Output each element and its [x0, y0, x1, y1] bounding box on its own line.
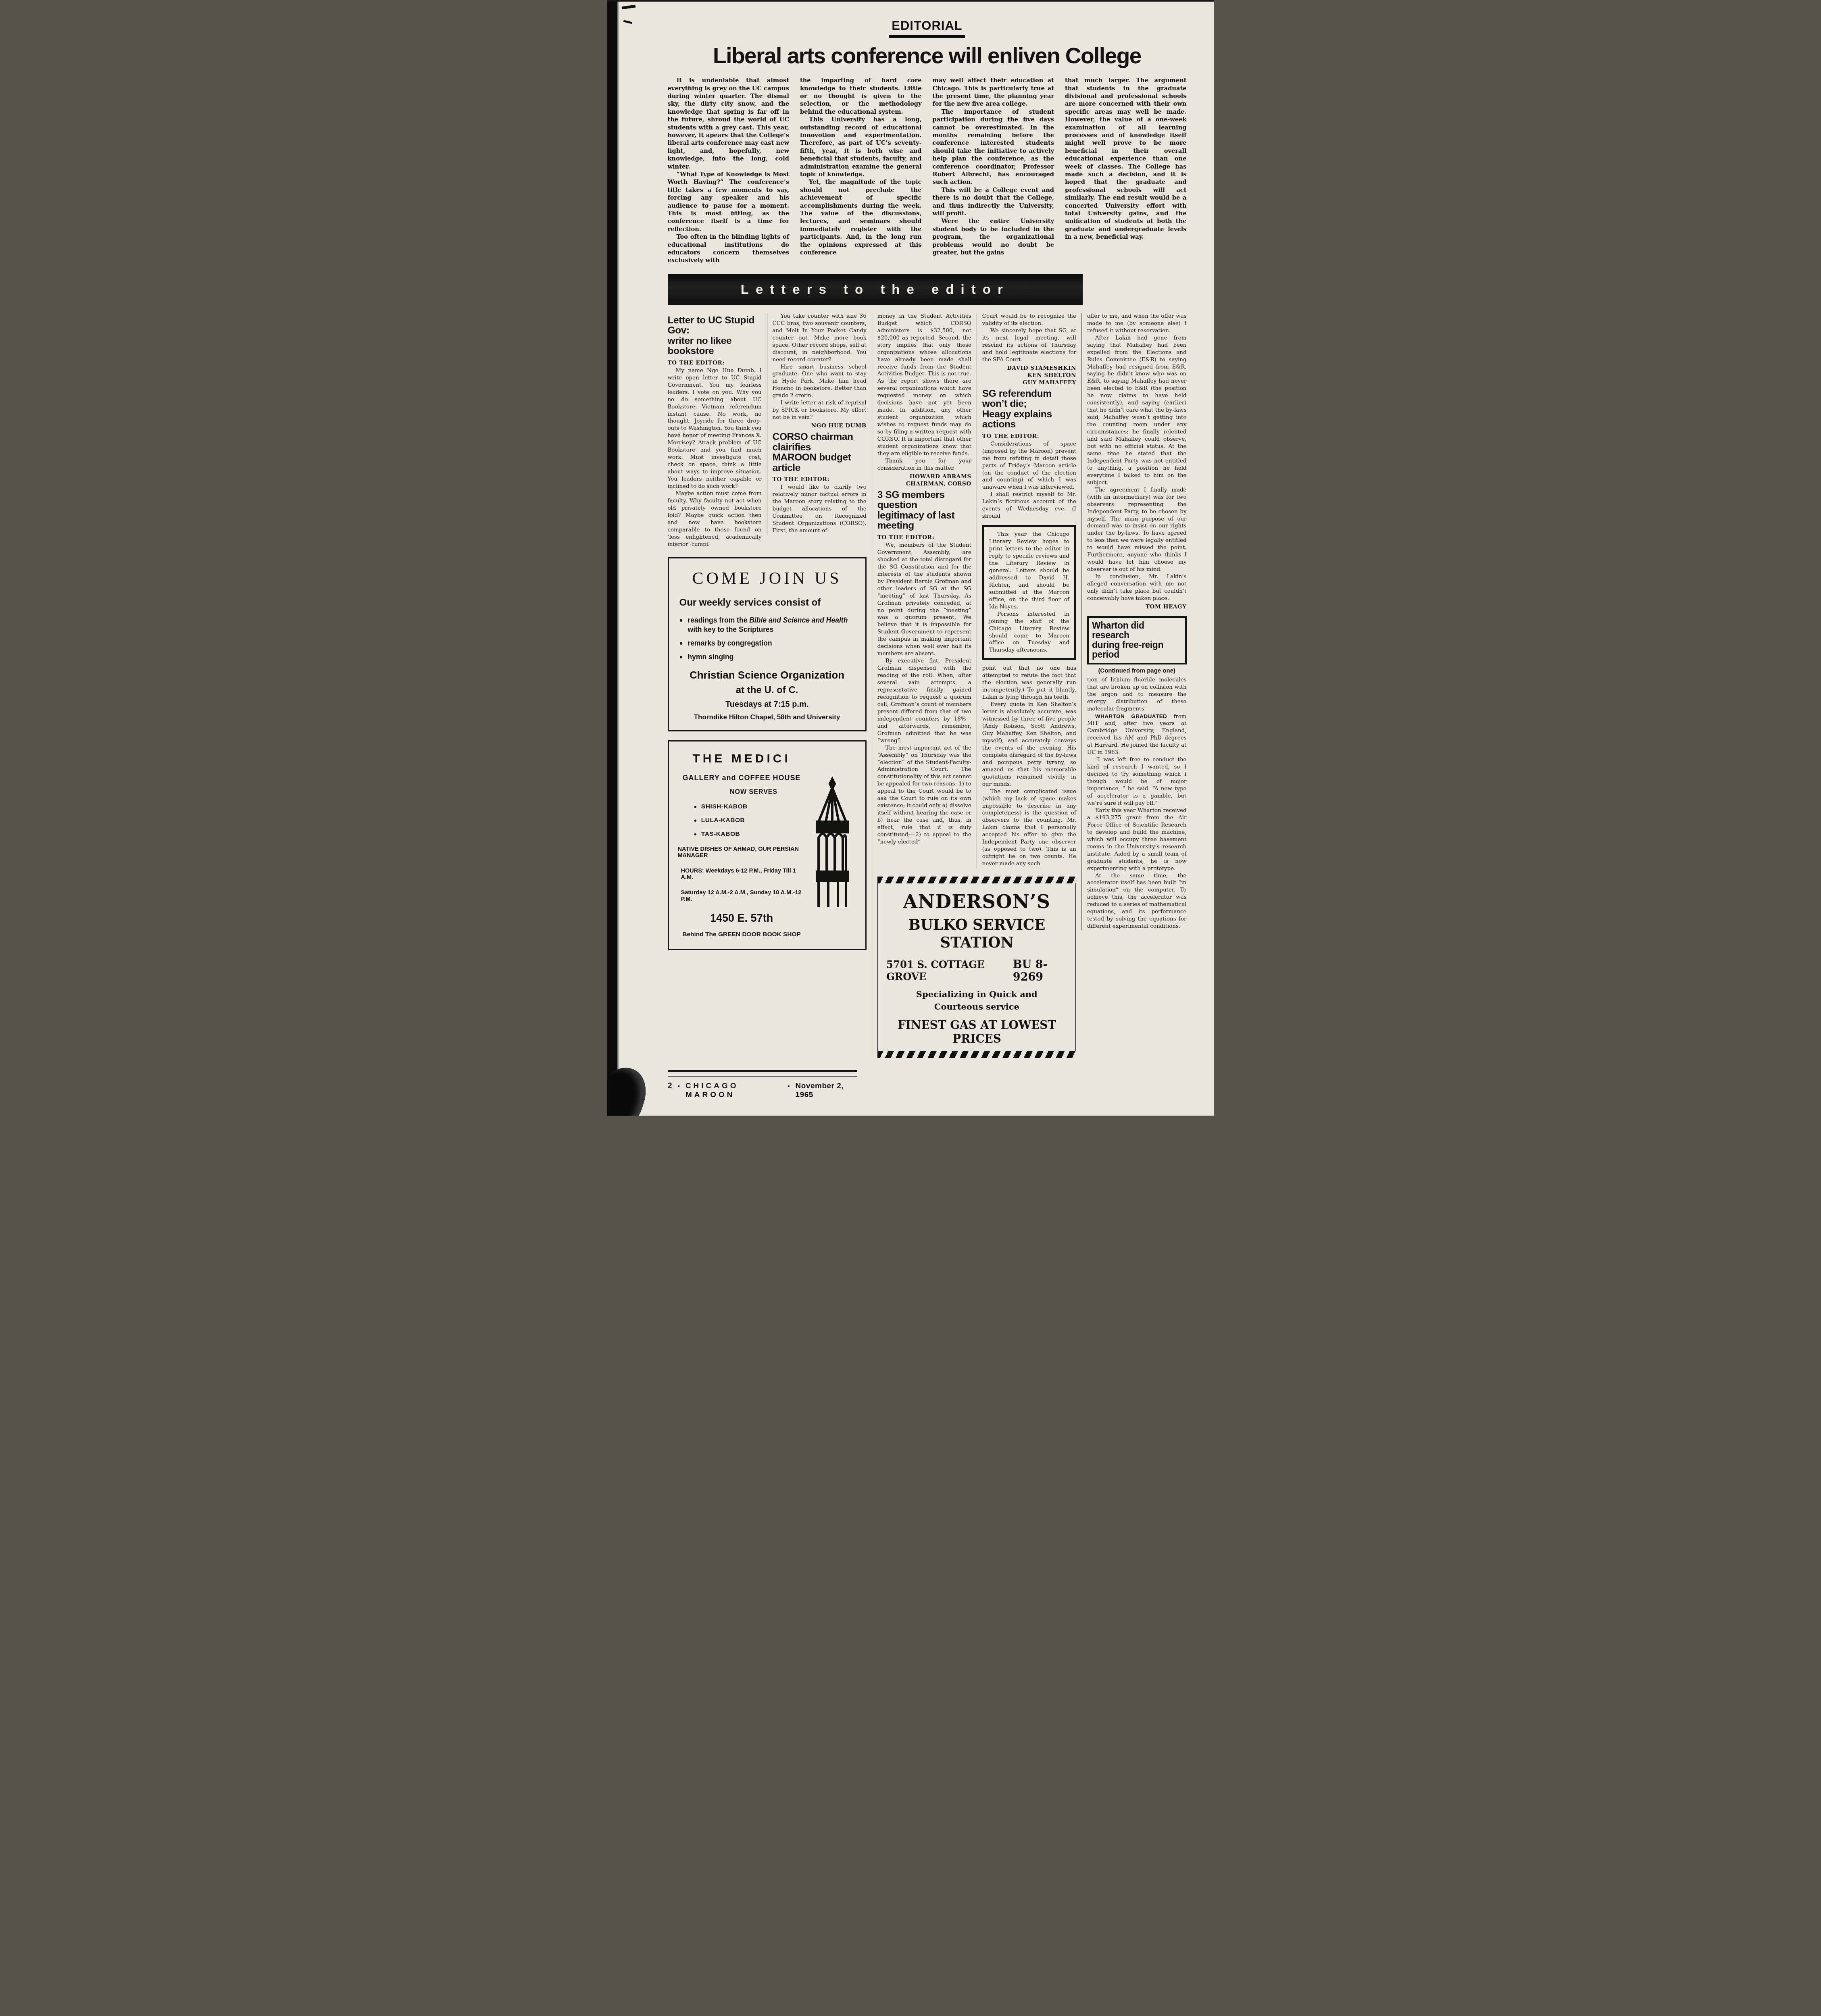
headline-line: writer no likee bookstore: [668, 336, 762, 356]
article-paragraph: Early this year Wharton received a $193,…: [1087, 807, 1187, 873]
ad-phone: BU 8-9269: [1013, 958, 1067, 983]
letter-paragraph: The most complicated issue (which my lac…: [982, 788, 1076, 868]
editorial-paragraph: The importance of student participation …: [933, 108, 1054, 186]
ad-address: 1450 E. 57th: [678, 912, 806, 925]
footer-rules: [668, 1070, 857, 1077]
editorial-column-4: that much larger. The argument that stud…: [1065, 77, 1187, 264]
editorial-paragraph: may well affect their education at Chica…: [933, 77, 1054, 108]
editorial-column-3: may well affect their education at Chica…: [933, 77, 1054, 264]
ad-title: ANDERSON’S: [886, 891, 1067, 912]
letters-columns-1-2: Letter to UC Stupid Gov: writer no likee…: [668, 313, 867, 548]
bullet-text: readings from the Bible and Science and …: [688, 616, 856, 635]
ad-title: THE MEDICI: [678, 752, 806, 766]
letter-headline-heagy: SG referendum won’t die; Heagy explains …: [982, 389, 1076, 430]
letters-columns-3-4: money in the Student Activities Budget w…: [877, 313, 1076, 868]
bullet-text: hymn singing: [688, 652, 734, 662]
letter-paragraph: We, members of the Student Government As…: [877, 542, 971, 658]
ad-stripe-border: [877, 1051, 1076, 1058]
medici-tower-illustration: [808, 752, 856, 938]
editorial-paragraph: This University has a long, outstanding …: [800, 116, 922, 178]
letter-paragraph: Hire smart business school graduate. One…: [773, 364, 867, 400]
letter-paragraph: You take counter with size 36 CCC bras, …: [773, 313, 867, 364]
letter-paragraph: We sincerely hope that SG, at its next l…: [982, 327, 1076, 364]
newspaper-page: EDITORIAL Liberal arts conference will e…: [607, 0, 1214, 1116]
article-paragraph: WHARTON GRADUATED from MIT and, after tw…: [1087, 713, 1187, 757]
andersons-ad: ANDERSON’S BULKO SERVICE STATION 5701 S.…: [877, 877, 1076, 1058]
footer-line: 2 • CHICAGO MAROON • November 2, 1965: [668, 1081, 857, 1100]
editorial-paragraph: the imparting of hard core knowledge to …: [800, 77, 922, 116]
letter-signature: DAVID STAMESHKIN: [982, 364, 1076, 372]
ad-tagline: Specializing in Quick and: [886, 989, 1067, 999]
headline-line: during free-reign period: [1092, 640, 1182, 660]
letter-paragraph: I would like to clarify two relatively m…: [773, 484, 867, 535]
ad-note: Behind The GREEN DOOR BOOK SHOP: [678, 931, 806, 938]
letters-to-the-editor-banner: Letters to the editor: [668, 274, 1083, 305]
bullet-icon: ●: [694, 804, 697, 810]
editorial-column-1: It is undeniable that almost everything …: [668, 77, 790, 264]
article-headline-wharton: Wharton did research during free-reign p…: [1092, 621, 1182, 660]
letters-section: Letter to UC Stupid Gov: writer no likee…: [668, 313, 1187, 1058]
letters-column-2: You take counter with size 36 CCC bras, …: [767, 313, 867, 535]
letter-paragraph: Thank you for your consideration in this…: [877, 458, 971, 472]
letters-column-3: money in the Student Activities Budget w…: [877, 313, 971, 846]
bullet-text-italic: Bible and Science and Health: [749, 616, 848, 624]
letter-paragraph: offer to me, and when the offer was made…: [1087, 313, 1187, 335]
issue-date: November 2, 1965: [796, 1082, 857, 1100]
ad-org-name: Christian Science Organization: [679, 669, 856, 681]
ad-banner-line: FINEST GAS AT LOWEST PRICES: [890, 1018, 1064, 1045]
ad-bullet-item: ● remarks by congregation: [679, 639, 856, 648]
ad-address-phone-row: 5701 S. COTTAGE GROVE BU 8-9269: [886, 958, 1067, 983]
letters-column-5: offer to me, and when the offer was made…: [1081, 313, 1187, 930]
ad-subtitle: GALLERY and COFFEE HOUSE: [678, 774, 806, 782]
christian-science-ad: COME JOIN US Our weekly services consist…: [668, 557, 867, 732]
salutation: TO THE EDITOR:: [773, 476, 867, 483]
ad-native-dishes-line: NATIVE DISHES OF AHMAD, OUR PERSIAN MANA…: [678, 846, 806, 859]
letter-paragraph: Court would be to recognize the validity…: [982, 313, 1076, 327]
footer-bullet: •: [788, 1083, 790, 1090]
andersons-ad-body: ANDERSON’S BULKO SERVICE STATION 5701 S.…: [877, 883, 1076, 1051]
paper-name: CHICAGO MAROON: [685, 1082, 782, 1100]
ad-time: Tuesdays at 7:15 p.m.: [679, 700, 856, 709]
headline-line: Letter to UC Stupid Gov:: [668, 315, 762, 336]
letter-paragraph: money in the Student Activities Budget w…: [877, 313, 971, 458]
ad-menu-item: ●SHISH-KABOB: [694, 803, 806, 810]
letter-headline-sg3: 3 SG members question legitimacy of last…: [877, 490, 971, 531]
letter-signature-block: DAVID STAMESHKIN KEN SHELTON GUY MAHAFFE…: [982, 364, 1076, 386]
scan-edge-strip: [607, 0, 617, 1116]
headline-line: CORSO chairman clairifies: [773, 432, 867, 452]
letters-column-4: Court would be to recognize the validity…: [977, 313, 1076, 868]
medici-ad-text: THE MEDICI GALLERY and COFFEE HOUSE NOW …: [678, 752, 806, 938]
ad-tagline: Courteous service: [886, 1002, 1067, 1012]
ad-title: COME JOIN US: [679, 569, 856, 588]
editorial-paragraph: Were the entire University student body …: [933, 217, 1054, 256]
scan-top-edge: [607, 0, 1214, 2]
salutation: TO THE EDITOR:: [668, 359, 762, 367]
letter-paragraph: The most important act of the “Assembly”…: [877, 745, 971, 846]
continued-from-note: (Continued from page one): [1087, 667, 1187, 675]
editorial-paragraph: It is undeniable that almost everything …: [668, 77, 790, 171]
paragraph-rest: from MIT and, after two years at Cambrid…: [1087, 714, 1187, 756]
bullet-icon: ●: [679, 639, 683, 648]
article-paragraph: tion of lithium fluoride molecules that …: [1087, 677, 1187, 713]
headline-line: SG referendum won’t die;: [982, 389, 1076, 409]
bullet-text: remarks by congregation: [688, 639, 772, 648]
letter-signature: TOM HEAGY: [1087, 603, 1187, 610]
page-number: 2: [668, 1081, 672, 1091]
letter-signature: GUY MAHAFFEY: [982, 379, 1076, 386]
ad-bullet-item: ● readings from the Bible and Science an…: [679, 616, 856, 635]
letter-signature: NGO HUE DUMB: [773, 422, 867, 429]
letter-paragraph: By executive fiat, President Grofman dis…: [877, 658, 971, 744]
editorial-kicker: EDITORIAL: [889, 19, 965, 38]
menu-item-text: TAS-KABOB: [701, 831, 740, 838]
bullet-icon: ●: [694, 831, 697, 838]
scan-mark: [621, 5, 635, 10]
editorial-kicker-row: EDITORIAL: [668, 19, 1187, 38]
letter-signature: KEN SHELTON: [982, 372, 1076, 379]
scan-mark: [623, 20, 632, 24]
bullet-text-part: readings from the: [688, 616, 750, 624]
bullet-icon: ●: [679, 653, 683, 662]
letter-paragraph: The agreement I finally made (with an in…: [1087, 487, 1187, 573]
notice-paragraph: Persons interested in joining the staff …: [989, 611, 1069, 654]
chicago-literary-review-notice-box: This year the Chicago Literary Review ho…: [982, 525, 1076, 660]
ad-address: 5701 S. COTTAGE GROVE: [886, 959, 1005, 983]
letters-column-1: Letter to UC Stupid Gov: writer no likee…: [668, 313, 762, 548]
paragraph-lead-caps: WHARTON GRADUATED: [1095, 713, 1167, 719]
letter-headline-ngo: Letter to UC Stupid Gov: writer no likee…: [668, 315, 762, 356]
bullet-icon: ●: [694, 817, 697, 824]
ad-line2: BULKO SERVICE STATION: [890, 916, 1064, 951]
letter-headline-corso: CORSO chairman clairifies MAROON budget …: [773, 432, 867, 473]
salutation: TO THE EDITOR:: [982, 433, 1076, 440]
headline-line: 3 SG members question: [877, 490, 971, 510]
headline-line: MAROON budget article: [773, 452, 867, 473]
footer-bullet: •: [678, 1083, 680, 1090]
letter-signature-block: HOWARD ABRAMS CHAIRMAN, CORSO: [877, 473, 971, 487]
menu-item-text: LULA-KABOB: [701, 817, 745, 824]
medici-ad: THE MEDICI GALLERY and COFFEE HOUSE NOW …: [668, 740, 867, 950]
ad-hours-line: Saturday 12 A.M.-2 A.M., Sunday 10 A.M.-…: [681, 889, 806, 902]
article-paragraph: “I was left free to conduct the kind of …: [1087, 756, 1187, 807]
letter-paragraph: In conclusion, Mr. Lakin’s alleged conve…: [1087, 573, 1187, 602]
scan-edge-shadow: [617, 0, 619, 1116]
ad-menu-item: ●TAS-KABOB: [694, 831, 806, 838]
editorial-paragraph: Yet, the magnitude of the topic should n…: [800, 178, 922, 256]
editorial-paragraph: Too often in the blinding lights of educ…: [668, 233, 790, 264]
editorial-headline: Liberal arts conference will enliven Col…: [668, 44, 1187, 67]
letter-paragraph: Every quote in Ken Shelton’s letter is a…: [982, 701, 1076, 788]
letter-signature: HOWARD ABRAMS: [877, 473, 971, 480]
ad-serves-label: NOW SERVES: [702, 789, 806, 796]
letter-paragraph: After Lakin had gone from saying that Ma…: [1087, 335, 1187, 487]
letter-paragraph: My name Ngo Hue Dumb. I write open lette…: [668, 367, 762, 490]
wharton-article-headline-box: Wharton did research during free-reign p…: [1087, 616, 1187, 664]
letter-paragraph: I write letter at risk of reprisal by SP…: [773, 400, 867, 421]
ad-location: Thorndike Hilton Chapel, 58th and Univer…: [679, 713, 856, 721]
ad-hours-line: HOURS: Weekdays 6-12 P.M., Friday Till 1…: [681, 868, 806, 881]
letters-left-block: Letter to UC Stupid Gov: writer no likee…: [668, 313, 867, 950]
notice-paragraph: This year the Chicago Literary Review ho…: [989, 531, 1069, 610]
page-footer: 2 • CHICAGO MAROON • November 2, 1965: [668, 1070, 857, 1100]
letter-signature: CHAIRMAN, CORSO: [877, 480, 971, 487]
headline-line: legitimacy of last meeting: [877, 510, 971, 531]
salutation: TO THE EDITOR:: [877, 534, 971, 541]
ad-org-line2: at the U. of C.: [679, 685, 856, 696]
headline-line: Heagy explains actions: [982, 409, 1076, 430]
letter-paragraph: point out that no one has attempted to r…: [982, 665, 1076, 701]
letter-paragraph: Considerations of space (imposed by the …: [982, 441, 1076, 492]
letter-paragraph: I shall restrict myself to Mr. Lakin’s f…: [982, 491, 1076, 520]
menu-item-text: SHISH-KABOB: [701, 803, 748, 810]
ad-menu-item: ●LULA-KABOB: [694, 817, 806, 824]
editorial-columns: It is undeniable that almost everything …: [668, 77, 1187, 264]
letter-paragraph: Maybe action must come from faculty. Why…: [668, 490, 762, 548]
article-paragraph: At the same time, the accelerator itself…: [1087, 873, 1187, 931]
bullet-icon: ●: [679, 616, 683, 635]
letters-banner-text: Letters to the editor: [741, 282, 1010, 297]
bullet-text-part: with key to the Scriptures: [688, 625, 774, 633]
editorial-paragraph: that much larger. The argument that stud…: [1065, 77, 1187, 241]
ad-bullet-item: ● hymn singing: [679, 652, 856, 662]
ad-stripe-border: [877, 877, 1076, 883]
editorial-column-2: the imparting of hard core knowledge to …: [800, 77, 922, 264]
letters-middle-block: money in the Student Activities Budget w…: [872, 313, 1076, 1058]
headline-line: Wharton did research: [1092, 621, 1182, 640]
editorial-paragraph: “What Type of Knowledge Is Most Worth Ha…: [668, 171, 790, 233]
ad-subtitle: Our weekly services consist of: [679, 597, 856, 608]
editorial-paragraph: This will be a College event and there i…: [933, 186, 1054, 218]
